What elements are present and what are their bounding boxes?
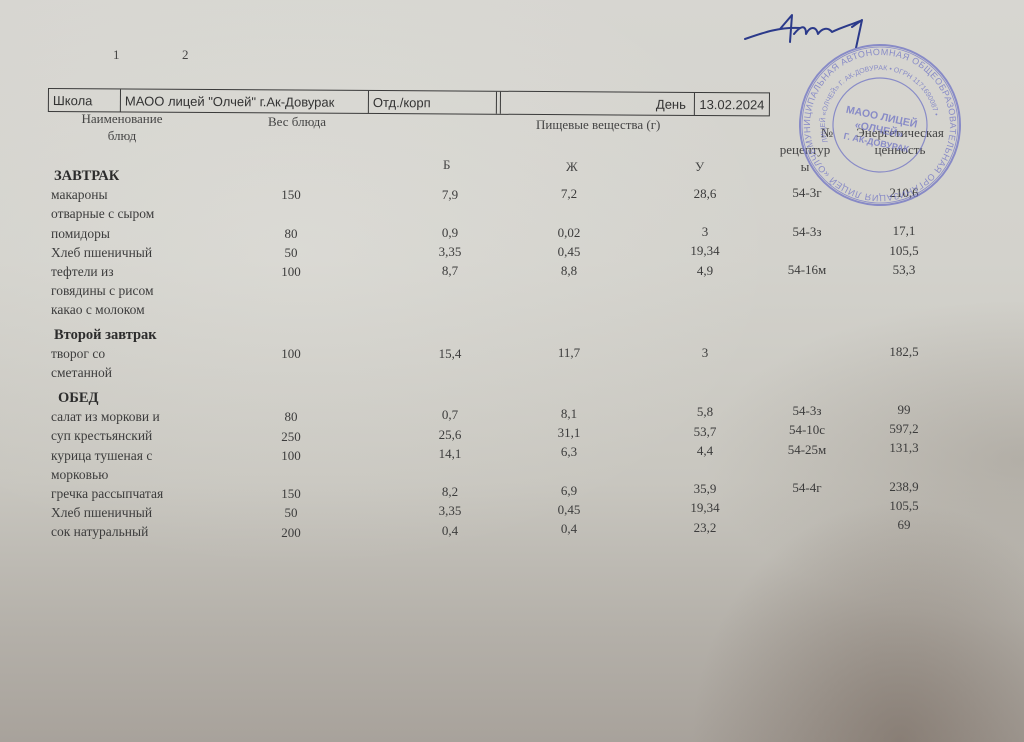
day-label: День	[501, 92, 695, 115]
cell-carbs: 3	[702, 345, 709, 361]
cell-weight: 150	[281, 486, 301, 502]
cell-weight: 100	[281, 346, 301, 362]
cell-fat: 11,7	[558, 345, 580, 361]
cell-carbs: 19,34	[690, 500, 719, 516]
dish-name: курица тушеная с	[51, 446, 152, 465]
cell-energy: 131,3	[889, 440, 918, 456]
cell-weight: 50	[285, 505, 298, 521]
dish-name: говядины с рисом	[51, 281, 154, 300]
cell-protein: 8,2	[442, 484, 458, 500]
col-protein: Б	[443, 156, 450, 173]
cell-protein: 0,7	[442, 407, 458, 423]
dish-name: салат из моркови и	[51, 407, 160, 426]
cell-weight: 200	[281, 525, 301, 541]
cell-protein: 7,9	[442, 187, 458, 203]
cell-fat: 0,02	[558, 225, 581, 241]
cell-fat: 31,1	[558, 425, 581, 441]
cell-fat: 7,2	[561, 186, 577, 202]
cell-carbs: 35,9	[694, 481, 717, 497]
dish-name: какао с молоком	[51, 300, 145, 319]
cell-protein: 0,4	[442, 523, 458, 539]
section-title: ЗАВТРАК	[54, 168, 119, 185]
cell-weight: 80	[285, 226, 298, 242]
dish-name: отварные с сыром	[51, 204, 154, 223]
cell-protein: 14,1	[439, 446, 462, 462]
cell-carbs: 19,34	[690, 243, 719, 259]
cell-protein: 0,9	[442, 225, 458, 241]
col-fat: Ж	[566, 158, 578, 175]
cell-fat: 6,9	[561, 483, 577, 499]
cell-protein: 3,35	[439, 244, 462, 260]
cell-fat: 8,1	[561, 406, 577, 422]
cell-weight: 100	[281, 448, 301, 464]
cell-recipe: 54-16м	[788, 262, 827, 278]
col-carbs: У	[695, 158, 704, 175]
dish-name: сок натуральный	[51, 522, 148, 541]
cell-recipe: 54-3з	[793, 224, 822, 240]
cell-protein: 25,6	[439, 427, 462, 443]
cell-energy: 597,2	[889, 421, 918, 437]
cell-carbs: 5,8	[697, 404, 713, 420]
dish-name: сметанной	[51, 363, 112, 382]
col-dish-name: Наименование блюд	[72, 110, 172, 144]
cell-energy: 182,5	[889, 344, 918, 360]
dish-name: тефтели из	[51, 262, 114, 281]
cell-energy: 69	[898, 517, 911, 533]
cell-weight: 150	[281, 187, 301, 203]
cell-protein: 15,4	[439, 346, 462, 362]
dish-name: морковью	[51, 465, 108, 484]
cell-carbs: 28,6	[694, 186, 717, 202]
dish-name: творог со	[51, 344, 105, 363]
dish-name: Хлеб пшеничный	[51, 243, 152, 262]
col-weight: Вес блюда	[268, 113, 326, 130]
dish-name: Хлеб пшеничный	[51, 503, 152, 522]
cell-energy: 105,5	[889, 498, 918, 514]
page-number-2: 2	[182, 47, 189, 63]
col-dish-name-line2: блюд	[72, 127, 172, 144]
cell-weight: 250	[281, 429, 301, 445]
cell-fat: 6,3	[561, 444, 577, 460]
cell-recipe: 54-4г	[792, 480, 821, 496]
col-dish-name-line1: Наименование	[72, 110, 172, 127]
school-label: Школа	[49, 89, 121, 111]
page-number-1: 1	[113, 47, 120, 63]
col-nutrients: Пищевые вещества (г)	[536, 116, 660, 133]
date-value: 13.02.2024	[695, 93, 769, 115]
cell-protein: 3,35	[439, 503, 462, 519]
cell-energy: 105,5	[889, 243, 918, 259]
cell-carbs: 4,9	[697, 263, 713, 279]
section-title: ОБЕД	[58, 390, 99, 407]
cell-carbs: 3	[702, 224, 709, 240]
cell-energy: 99	[898, 402, 911, 418]
cell-energy: 53,3	[893, 262, 916, 278]
official-stamp-icon: МУНИЦИПАЛЬНАЯ АВТОНОМНАЯ ОБЩЕОБРАЗОВАТЕЛ…	[795, 40, 965, 210]
cell-weight: 50	[285, 245, 298, 261]
cell-recipe: 54-3з	[793, 403, 822, 419]
cell-fat: 0,45	[558, 244, 581, 260]
dish-name: макароны	[51, 185, 108, 204]
dish-name: суп крестьянский	[51, 426, 152, 445]
cell-carbs: 53,7	[694, 424, 717, 440]
cell-weight: 100	[281, 264, 301, 280]
cell-energy: 238,9	[889, 479, 918, 495]
cell-carbs: 23,2	[694, 520, 717, 536]
cell-protein: 8,7	[442, 263, 458, 279]
cell-fat: 8,8	[561, 263, 577, 279]
dish-name: помидоры	[51, 224, 110, 243]
cell-recipe: 54-10с	[789, 422, 825, 438]
cell-energy: 17,1	[893, 223, 916, 239]
cell-weight: 80	[285, 409, 298, 425]
cell-fat: 0,4	[561, 521, 577, 537]
cell-fat: 0,45	[558, 502, 581, 518]
cell-recipe: 54-25м	[788, 442, 827, 458]
cell-carbs: 4,4	[697, 443, 713, 459]
section-title: Второй завтрак	[54, 327, 157, 344]
dept-label: Отд./корп	[369, 91, 497, 114]
dish-name: гречка рассыпчатая	[51, 484, 163, 503]
